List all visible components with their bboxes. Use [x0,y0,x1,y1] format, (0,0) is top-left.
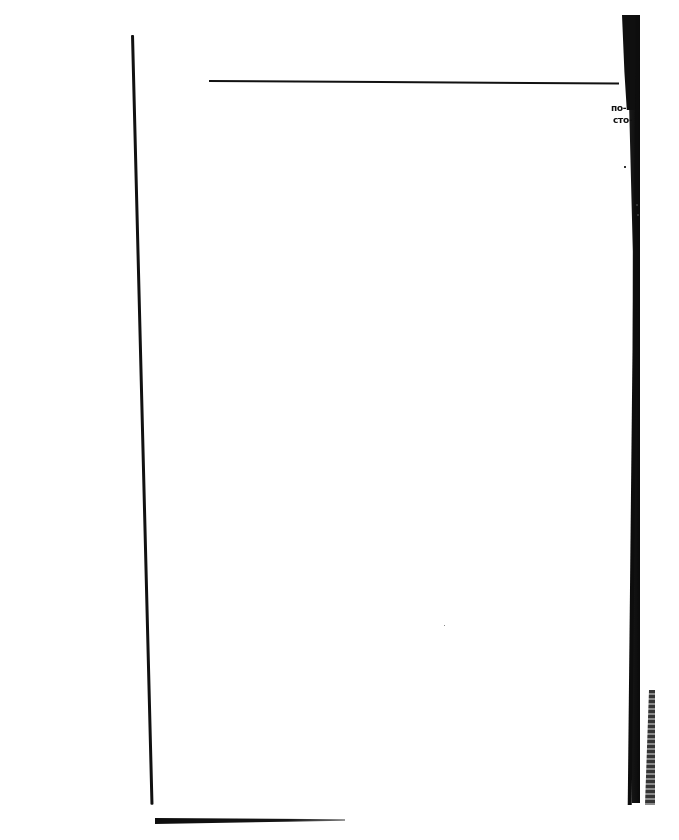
scan-speck [444,625,445,626]
spine-shadow-bottom [645,690,655,805]
scan-speck [637,214,639,216]
margin-text-fragment: сто- [613,116,632,127]
scanned-page: по- сто- [0,0,679,840]
scan-speck [624,166,626,168]
header-rule [209,80,619,85]
footer-rule [155,818,345,824]
margin-text-fragment: по- [611,104,626,115]
scan-speck [636,204,638,206]
left-margin-rule [131,35,153,805]
